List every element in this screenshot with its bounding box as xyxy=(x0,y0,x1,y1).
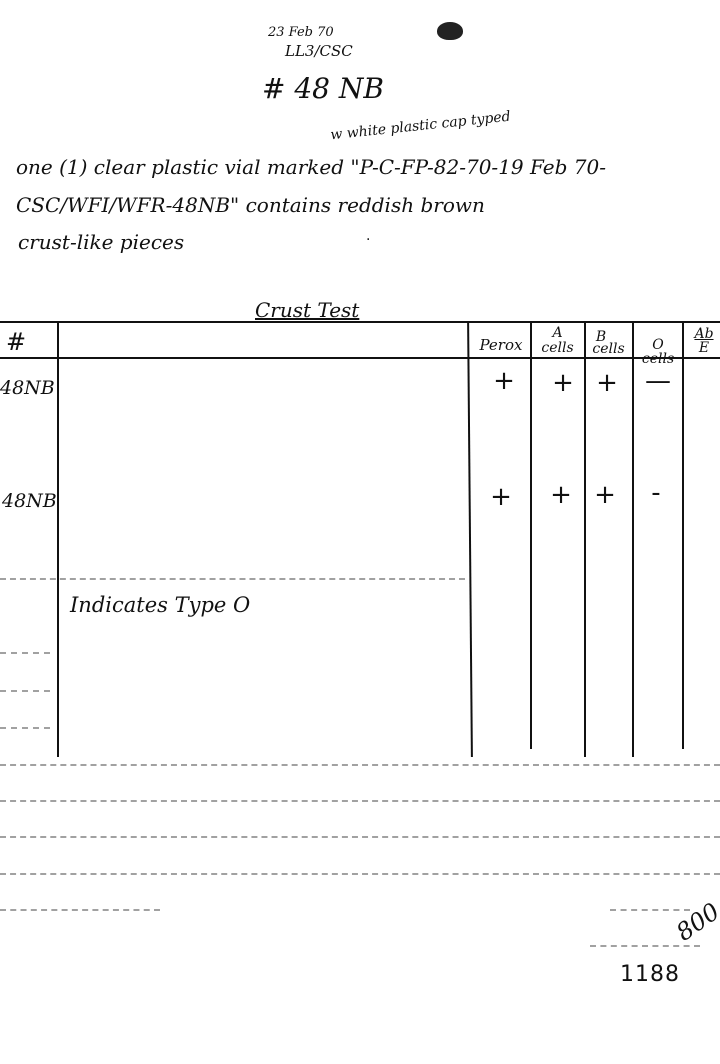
faint-rule xyxy=(0,652,50,654)
row-2-id: 48NB xyxy=(2,490,57,512)
row-1-id: 48NB xyxy=(0,377,55,399)
col-divider-4 xyxy=(584,321,586,757)
page-number: 1188 xyxy=(620,962,680,987)
col-divider-1 xyxy=(57,321,59,757)
table-top-rule xyxy=(0,321,720,323)
description-line-2: CSC/WFI/WFR-48NB" contains reddish brown xyxy=(16,193,485,217)
col-header-a-cells-bottom: cells xyxy=(535,341,580,355)
col-header-o-cells: O cells xyxy=(634,338,682,366)
stray-dot: · xyxy=(366,232,370,248)
table-header-rule xyxy=(0,357,720,359)
ink-blot xyxy=(437,22,463,40)
faint-rule xyxy=(610,909,690,911)
description-line-3: crust-like pieces xyxy=(18,230,184,254)
col-divider-5 xyxy=(632,321,634,757)
faint-rule xyxy=(0,727,50,729)
row-1-a-cells: + xyxy=(543,368,583,398)
description-insertion: w white plastic cap typed xyxy=(330,109,512,144)
col-header-a-cells-top: A xyxy=(535,326,580,340)
faint-rule xyxy=(0,909,160,911)
row-1-perox: + xyxy=(484,366,524,396)
col-divider-2 xyxy=(467,321,473,757)
table-title: Crust Test xyxy=(255,298,359,322)
col-header-perox: Perox xyxy=(474,338,528,352)
faint-rule xyxy=(0,800,720,802)
row-2-o-cells: - xyxy=(636,478,676,508)
row-1-o-cells: — xyxy=(638,366,678,396)
description-line-1: one (1) clear plastic vial marked "P-C-F… xyxy=(16,155,606,179)
col-divider-6 xyxy=(682,321,684,749)
faint-rule xyxy=(0,764,720,766)
col-header-number: # xyxy=(6,328,26,356)
specimen-number: # 48 NB xyxy=(262,72,384,105)
faint-rule xyxy=(0,690,50,692)
row-2-b-cells: + xyxy=(585,480,625,510)
row-1-b-cells: + xyxy=(587,368,627,398)
col-header-b-cells-bottom: cells xyxy=(586,342,631,356)
initials-note: LL3/CSC xyxy=(285,42,353,60)
faint-rule xyxy=(590,945,700,947)
col-divider-3 xyxy=(530,321,532,749)
faint-rule xyxy=(0,836,720,838)
date-note: 23 Feb 70 xyxy=(268,25,334,40)
col-header-ab-top: Ab xyxy=(690,327,718,341)
faint-rule xyxy=(0,873,720,875)
row-2-a-cells: + xyxy=(541,480,581,510)
type-note: Indicates Type O xyxy=(70,593,250,617)
col-header-ab-bottom: E xyxy=(690,341,718,355)
handwritten-number: 800 xyxy=(671,897,720,946)
faint-rule xyxy=(0,578,465,580)
row-2-perox: + xyxy=(481,482,521,512)
